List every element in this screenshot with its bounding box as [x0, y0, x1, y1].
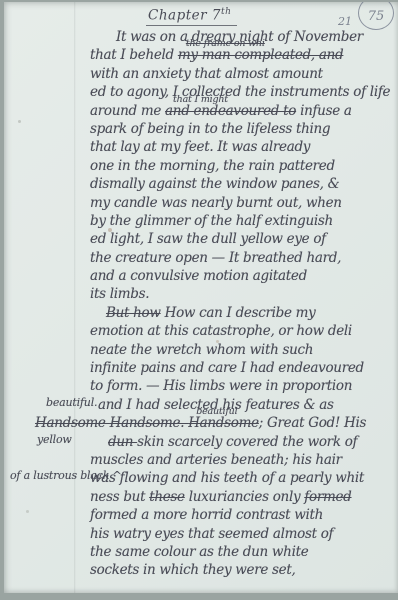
manuscript-text-segment: muscles and arteries beneath; his hair: [90, 452, 342, 468]
manuscript-line: beautiful.and I had selected his feature…: [90, 396, 398, 414]
manuscript-text-segment: his watry eyes that seemed almost of: [90, 526, 333, 542]
manuscript-text-segment: and a convulsive motion agitated: [90, 268, 307, 284]
manuscript-text-segment: infuse a: [296, 103, 352, 119]
manuscript-line: and a convulsive motion agitated: [90, 267, 398, 285]
manuscript-line: one in the morning, the rain pattered: [90, 157, 398, 175]
chapter-heading-text: Chapter 7: [148, 8, 221, 24]
manuscript-line: its limbs.: [90, 285, 398, 303]
manuscript-line: the same colour as the dun white: [90, 543, 398, 561]
manuscript-text-segment: formed a more horrid contrast with: [90, 507, 323, 523]
circled-page-number: 75: [358, 2, 394, 30]
manuscript-text-segment: was flowing and his teeth of a pearly wh…: [90, 470, 364, 486]
margin-note: yellow: [37, 434, 72, 446]
manuscript-line: ness but these luxuriancies only formed: [90, 488, 398, 506]
manuscript-text-segment: ed light, I saw the dull yellow eye of: [90, 231, 326, 247]
manuscript-line: formed a more horrid contrast with: [90, 506, 398, 524]
margin-crease: [74, 2, 76, 593]
chapter-heading-ordinal: th: [221, 7, 231, 17]
manuscript-line: spark of being in to the lifeless thing: [90, 120, 398, 138]
manuscript-text-segment: neate the wretch whom with such: [90, 342, 313, 358]
manuscript-text-segment: infinite pains and care I had endeavoure…: [90, 360, 364, 376]
manuscript-text-segment: the same colour as the dun white: [90, 544, 308, 560]
manuscript-text-segment: its limbs.: [90, 286, 149, 302]
manuscript-line: around me and endeavoured tothat I might…: [90, 102, 398, 120]
manuscript-text-segment: ness but: [90, 489, 149, 505]
manuscript-text-segment: around me: [90, 103, 165, 119]
manuscript-text-segment: sockets in which they were set,: [90, 562, 296, 578]
manuscript-line: neate the wretch whom with such: [90, 341, 398, 359]
manuscript-text-segment: dismally against the window panes, &: [90, 176, 339, 192]
manuscript-line: with an anxiety that almost amount: [90, 65, 398, 83]
manuscript-line: sockets in which they were set,: [90, 561, 398, 579]
struck-text: my man compleated, andthe frame on whi: [178, 47, 343, 63]
manuscript-line: that lay at my feet. It was already: [90, 138, 398, 156]
manuscript-text-segment: to form. — His limbs were in proportion: [90, 378, 352, 394]
manuscript-photo: Chapter 7th 21 75 It was on a dreary nig…: [0, 0, 398, 600]
manuscript-line: infinite pains and care I had endeavoure…: [90, 359, 398, 377]
struck-text: Handsome Handsome.: [35, 415, 188, 431]
manuscript-line: my candle was nearly burnt out, when: [90, 194, 398, 212]
manuscript-line: his watry eyes that seemed almost of: [90, 525, 398, 543]
manuscript-text-segment: the creature open — It breathed hard,: [90, 250, 341, 266]
manuscript-text: It was on a dreary night of Novemberthat…: [90, 28, 398, 580]
margin-note: of a lustrous black ^: [10, 470, 121, 482]
manuscript-line: by the glimmer of the half extinguish: [90, 212, 398, 230]
manuscript-text-segment: with an anxiety that almost amount: [90, 66, 323, 82]
inserted-text-above-line: beautiful: [196, 407, 237, 417]
manuscript-line: ed to agony, I collected the instruments…: [90, 83, 398, 101]
struck-text: these: [149, 489, 185, 505]
struck-text: formed: [304, 489, 351, 505]
manuscript-text-segment: that I beheld: [90, 47, 178, 63]
manuscript-text-segment: by the glimmer of the half extinguish: [90, 213, 333, 229]
chapter-heading: Chapter 7th: [146, 7, 237, 26]
manuscript-text-segment: luxuriancies only: [185, 489, 305, 505]
inserted-text-above-line: that I might: [173, 95, 228, 105]
manuscript-line: muscles and arteries beneath; his hair: [90, 451, 398, 469]
manuscript-text-segment: that lay at my feet. It was already: [90, 139, 310, 155]
manuscript-line: yellowdun skin scarcely covered the work…: [90, 433, 398, 451]
manuscript-text-segment: How can I describe my: [161, 305, 316, 321]
manuscript-text-segment: emotion at this catastrophe, or how deli: [90, 323, 352, 339]
pencil-page-number: 21: [338, 15, 352, 28]
manuscript-line: dismally against the window panes, &: [90, 175, 398, 193]
manuscript-text-segment: my candle was nearly burnt out, when: [90, 195, 342, 211]
manuscript-line: that I beheld my man compleated, andthe …: [90, 46, 398, 64]
struck-text: and endeavoured tothat I might: [165, 103, 296, 119]
circled-page-number-value: 75: [368, 9, 385, 24]
manuscript-line: Handsome Handsome. Handsomebeautiful; Gr…: [35, 414, 398, 432]
manuscript-text-segment: ed to agony, I collected the instruments…: [90, 84, 390, 100]
manuscript-text-segment: skin scarcely covered the work of: [137, 434, 357, 450]
manuscript-text-segment: ; Great God! His: [259, 415, 366, 431]
inserted-text-above-line: the frame on whi: [186, 39, 265, 49]
manuscript-line: to form. — His limbs were in proportion: [90, 377, 398, 395]
struck-text: But how: [106, 305, 161, 321]
manuscript-text-segment: spark of being in to the lifeless thing: [90, 121, 330, 137]
struck-text: Handsomebeautiful: [188, 415, 259, 431]
manuscript-line: of a lustrous black ^was flowing and his…: [90, 469, 398, 487]
margin-note: beautiful.: [46, 397, 97, 409]
manuscript-text-segment: one in the morning, the rain pattered: [90, 158, 335, 174]
struck-text: dun: [108, 434, 137, 450]
manuscript-line: emotion at this catastrophe, or how deli: [90, 322, 398, 340]
manuscript-page: Chapter 7th 21 75 It was on a dreary nig…: [4, 2, 398, 593]
manuscript-line: ed light, I saw the dull yellow eye of: [90, 230, 398, 248]
manuscript-line: the creature open — It breathed hard,: [90, 249, 398, 267]
manuscript-line: But how How can I describe my: [90, 304, 398, 322]
